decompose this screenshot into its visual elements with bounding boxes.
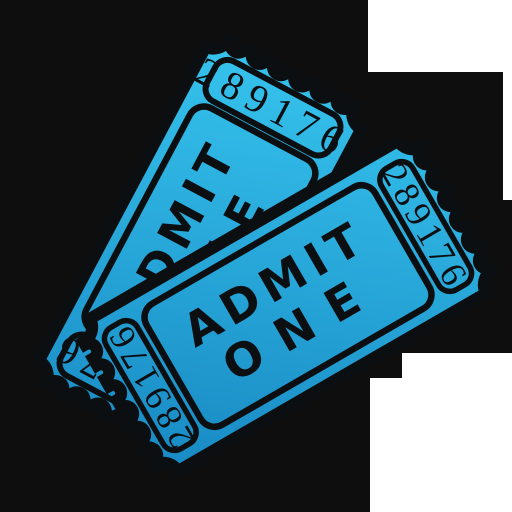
tickets-canvas: 289176 289176 ADMIT ONE 289176 289176 AD…	[0, 0, 512, 512]
tickets-illustration: 289176 289176 ADMIT ONE 289176 289176 AD…	[0, 0, 512, 512]
